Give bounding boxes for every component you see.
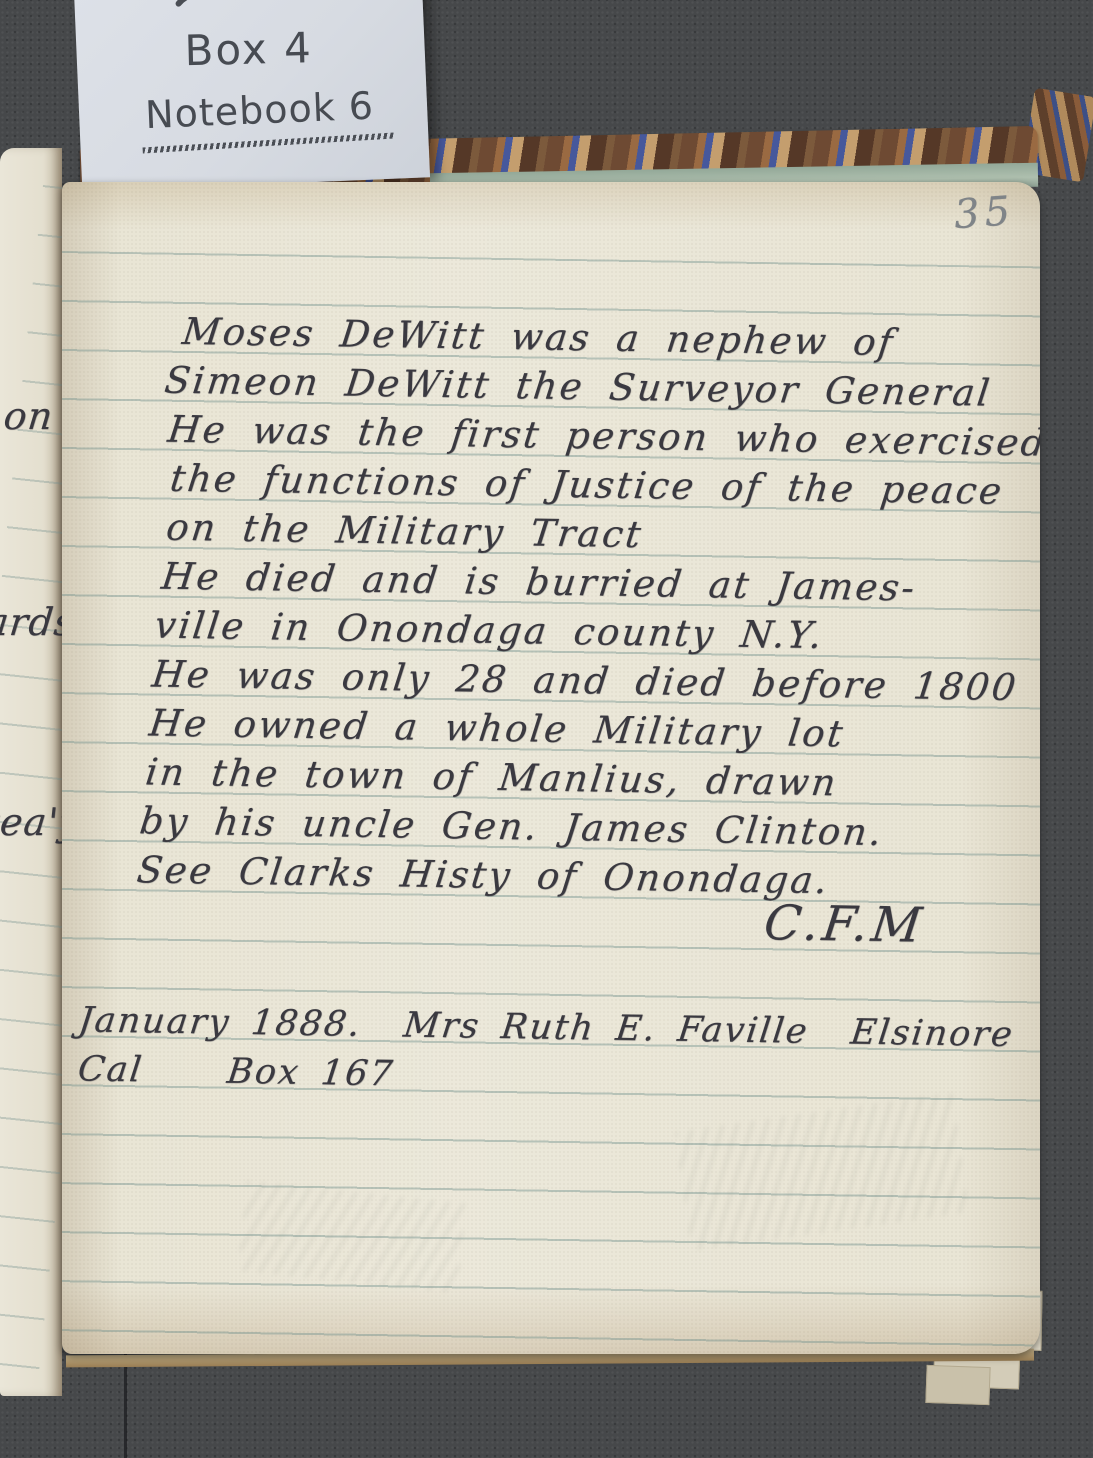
table-seam	[124, 1352, 127, 1458]
handwriting-line: He was only 28 and died before 1800	[150, 653, 1021, 710]
handwriting-line: See Clarks Histy of Onondaga.	[135, 848, 832, 902]
stacked-page-edge	[925, 1365, 990, 1405]
notebook-page: 35 Moses DeWitt was a nephew of Simeon D…	[62, 182, 1040, 1354]
handwriting-line: the functions of Justice of the peace	[168, 457, 1006, 513]
signature-initials: C.F.M	[761, 895, 928, 953]
facing-page-fragment: tea'y	[0, 800, 62, 844]
handwriting-line: in the town of Manlius, drawn	[143, 750, 840, 804]
handwriting-line: He owned a whole Military lot	[147, 701, 847, 755]
facing-page-edge: on ards tea'y	[0, 148, 62, 1396]
handwriting-line: ville in Onondaga county N.Y.	[152, 604, 826, 657]
facing-page-fragment: on	[2, 394, 56, 438]
handwriting-line: by his uncle Gen. James Clinton.	[137, 799, 886, 854]
handwriting-line: He was the first person who exercised	[166, 408, 1040, 465]
footer-line: Cal Box 167	[76, 1049, 397, 1094]
slip-cutoff-writing	[170, 0, 381, 10]
handwriting-line: on the Military Tract	[164, 506, 646, 556]
facing-page-fragment: ards	[0, 600, 62, 644]
photo-of-notebook: on ards tea'y Box 4 Notebook 6 35 Moses …	[0, 0, 1093, 1458]
slip-notebook-label: Notebook 6	[144, 84, 374, 138]
archive-label-slip: Box 4 Notebook 6	[74, 0, 430, 192]
slip-box-label: Box 4	[184, 23, 313, 75]
handwriting-line: He died and is burried at James-	[159, 555, 919, 610]
facing-page-rule-lines	[0, 185, 62, 1391]
handwriting-line: Moses DeWitt was a nephew of	[180, 310, 897, 364]
footer-line: January 1888. Mrs Ruth E. Faville Elsino…	[76, 1000, 1016, 1055]
handwriting-line: Simeon DeWitt the Surveyor General	[162, 359, 994, 415]
